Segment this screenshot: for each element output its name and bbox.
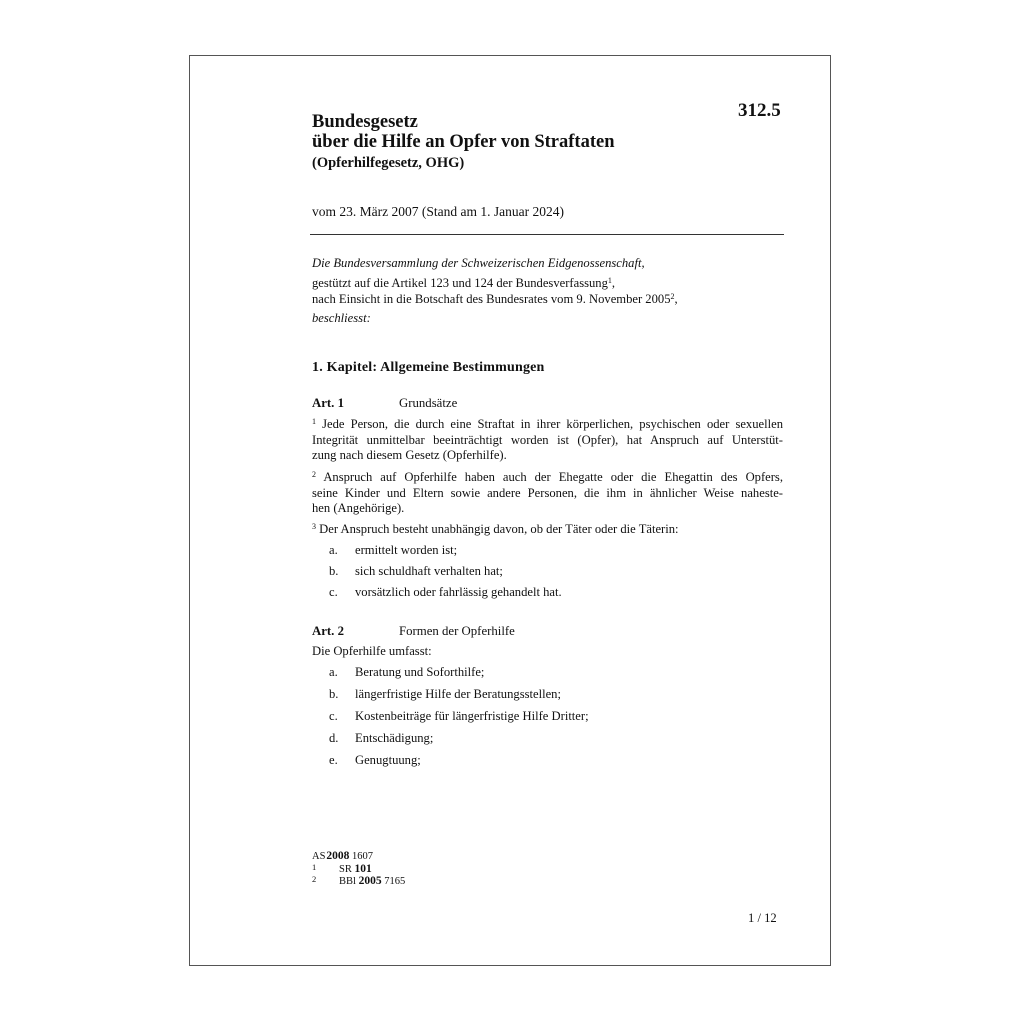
page-number: 1 / 12 <box>748 911 777 926</box>
paragraph-number: 3 <box>312 522 316 531</box>
preamble-basis-2-tail: , <box>675 292 678 306</box>
preamble-basis-1: gestützt auf die Artikel 123 und 124 der… <box>312 276 615 292</box>
article-number: Art. 1 <box>312 396 344 411</box>
chapter-heading: 1. Kapitel: Allgemeine Bestimmungen <box>312 360 545 376</box>
paragraph-line: 3 Der Anspruch besteht unabhängig davon,… <box>312 522 783 538</box>
paragraph-number: 2 <box>312 470 316 479</box>
preamble-resolves: beschliesst: <box>312 311 371 327</box>
footnote-as: AS 2008 1607 <box>312 851 373 862</box>
article-title: Grundsätze <box>399 396 457 411</box>
paragraph-number: 1 <box>312 417 316 426</box>
paragraph-line: Integrität unmittelbar beeinträchtigt wo… <box>312 433 783 449</box>
preamble-basis-1-text: gestützt auf die Artikel 123 und 124 der… <box>312 276 608 290</box>
short-title: (Opferhilfegesetz, OHG) <box>312 155 464 171</box>
header-rule <box>310 234 784 235</box>
title-line-2: über die Hilfe an Opfer von Straftaten <box>312 132 615 152</box>
article-number: Art. 2 <box>312 624 344 639</box>
paragraph-line: 1 Jede Person, die durch eine Straftat i… <box>312 417 783 433</box>
title-line-1: Bundesgesetz <box>312 112 418 132</box>
preamble-enacting-body: Die Bundesversammlung der Schweizerische… <box>312 256 645 272</box>
preamble-basis-1-tail: , <box>612 276 615 290</box>
paragraph-line: seine Kinder und Eltern sowie andere Per… <box>312 486 783 502</box>
footnote-2: 2 BBl 2005 7165 <box>312 876 512 888</box>
article-1-paragraph-2: 2 Anspruch auf Opferhilfe haben auch der… <box>312 470 783 517</box>
preamble-basis-2-text: nach Einsicht in die Botschaft des Bunde… <box>312 292 671 306</box>
preamble-basis-2: nach Einsicht in die Botschaft des Bunde… <box>312 292 678 308</box>
document-page: 312.5 Bundesgesetz über die Hilfe an Opf… <box>189 55 831 966</box>
paragraph-line: 2 Anspruch auf Opferhilfe haben auch der… <box>312 470 783 486</box>
sr-number: 312.5 <box>738 100 781 122</box>
article-1-paragraph-1: 1 Jede Person, die durch eine Straftat i… <box>312 417 783 464</box>
article-title: Formen der Opferhilfe <box>399 624 515 639</box>
article-2-intro: Die Opferhilfe umfasst: <box>312 644 432 660</box>
article-2-heading: Art. 2 Formen der Opferhilfe <box>312 624 612 640</box>
paragraph-line: hen (Angehörige). <box>312 501 783 517</box>
date-line: vom 23. März 2007 (Stand am 1. Januar 20… <box>312 204 564 220</box>
footnote-1: 1 SR 101 <box>312 864 512 876</box>
article-1-paragraph-3: 3 Der Anspruch besteht unabhängig davon,… <box>312 522 783 538</box>
article-1-heading: Art. 1 Grundsätze <box>312 396 612 412</box>
paragraph-line: zung nach diesem Gesetz (Opferhilfe). <box>312 448 783 464</box>
